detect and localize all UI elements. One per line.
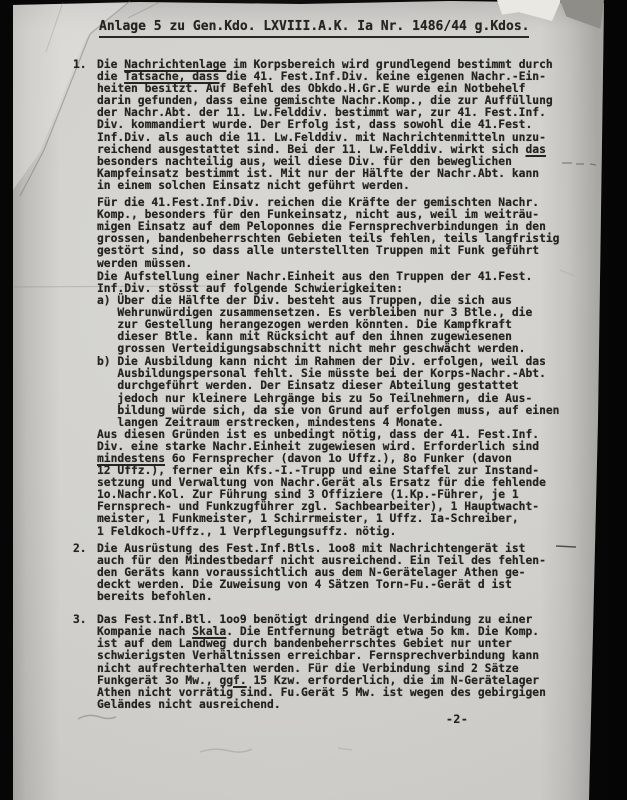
paragraph: b) Die Ausbildung kann nicht im Rahmen d…: [97, 356, 583, 429]
numbered-item-1: 1. Die Nachrichtenlage im Korpsbereich w…: [73, 59, 583, 538]
paragraph: Aus diesen Gründen ist es unbedingt nöti…: [97, 429, 583, 538]
item-number: 2.: [73, 543, 87, 555]
page-number: -2-: [446, 712, 468, 726]
text-line: 1 Feldkoch-Uffz., 1 Verpflegungsuffz. nö…: [97, 526, 583, 538]
paragraph: Die Nachrichtenlage im Korpsbereich wird…: [97, 59, 583, 192]
item-number: 1.: [73, 59, 87, 71]
document-body: 1. Die Nachrichtenlage im Korpsbereich w…: [73, 59, 583, 711]
text-line: Geländes nicht ausreichend.: [97, 699, 583, 711]
scan-background: Anlage 5 zu Gen.Kdo. LXVIII.A.K. Ia Nr. …: [0, 0, 627, 800]
paragraph: Das Fest.Inf.Btl. 1oo9 benötigt dringend…: [97, 614, 583, 711]
text-line: grossen Verteidigungsabschnitt nicht meh…: [97, 343, 583, 355]
text-line: werden müssen.: [97, 258, 583, 270]
paragraph: Die Aufstellung einer Nachr.Einheit aus …: [97, 271, 583, 356]
paragraph: Die Ausrüstung des Fest.Inf.Btls. 1oo8 m…: [97, 543, 583, 603]
paragraph: Für die 41.Fest.Inf.Div. reichen die Krä…: [97, 197, 583, 270]
document-title: Anlage 5 zu Gen.Kdo. LXVIII.A.K. Ia Nr. …: [99, 19, 529, 38]
numbered-item-2: 2. Die Ausrüstung des Fest.Inf.Btls. 1oo…: [73, 543, 583, 603]
text-line: bereits befohlen.: [97, 591, 583, 603]
numbered-item-3: 3. Das Fest.Inf.Btl. 1oo9 benötigt dring…: [73, 614, 583, 711]
item-number: 3.: [73, 614, 87, 626]
text-line: in einem solchen Einsatz nicht geführt w…: [97, 180, 583, 192]
document-content: Anlage 5 zu Gen.Kdo. LXVIII.A.K. Ia Nr. …: [0, 0, 627, 800]
